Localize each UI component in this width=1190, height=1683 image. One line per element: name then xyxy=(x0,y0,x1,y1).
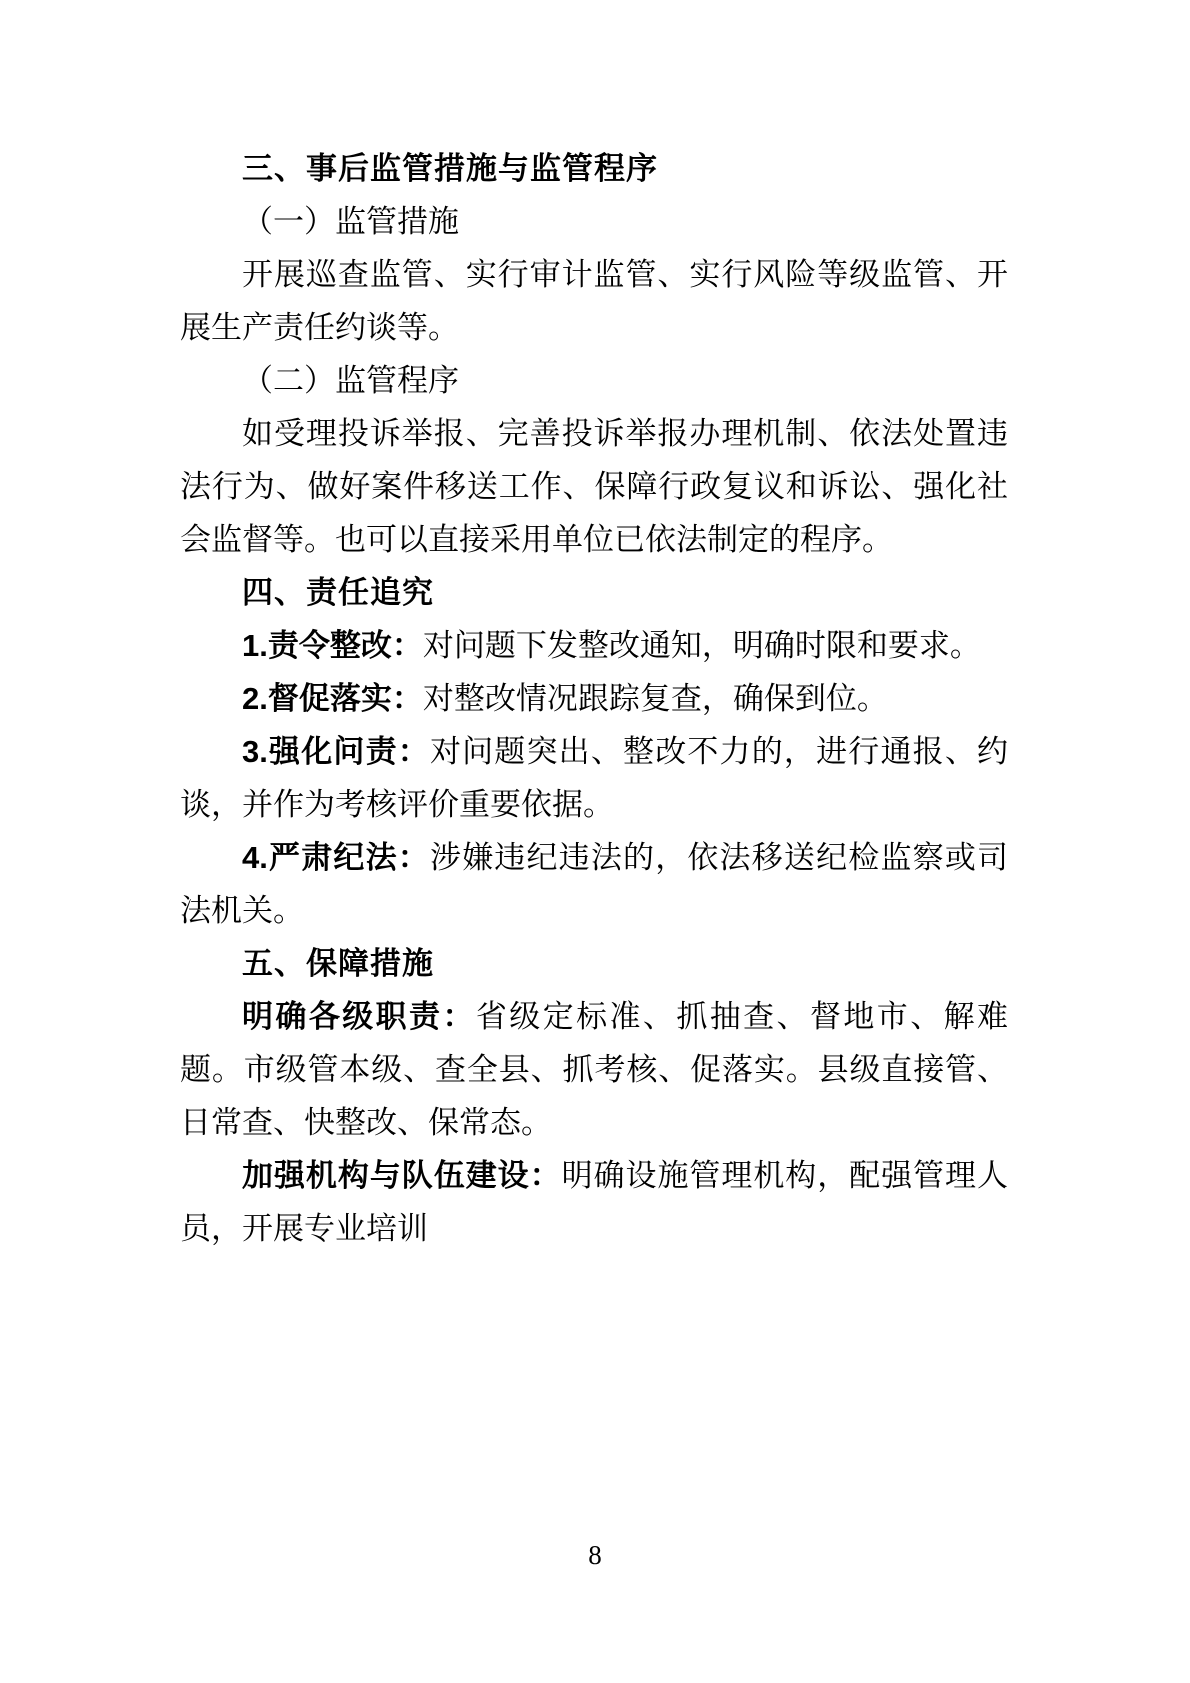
paragraph-team-building: 加强机构与队伍建设：明确设施管理机构，配强管理人员，开展专业培训 xyxy=(180,1149,1008,1255)
item-1-text: 对问题下发整改通知，明确时限和要求。 xyxy=(423,628,981,663)
paragraph-item-2: 2.督促落实：对整改情况跟踪复查，确保到位。 xyxy=(180,672,1008,725)
paragraph-item-4: 4.严肃纪法：涉嫌违纪违法的，依法移送纪检监察或司法机关。 xyxy=(180,831,1008,937)
item-2-text: 对整改情况跟踪复查，确保到位。 xyxy=(423,681,888,716)
page-number: 8 xyxy=(0,1535,1190,1575)
section-heading-4: 四、责任追究 xyxy=(180,566,1008,619)
subsection-heading-3-2: （二）监管程序 xyxy=(180,354,1008,407)
duties-label: 明确各级职责： xyxy=(242,999,476,1034)
paragraph-item-1: 1.责令整改：对问题下发整改通知，明确时限和要求。 xyxy=(180,619,1008,672)
item-1-label: 1.责令整改： xyxy=(242,628,423,663)
paragraph-item-3: 3.强化问责：对问题突出、整改不力的，进行通报、约谈，并作为考核评价重要依据。 xyxy=(180,725,1008,831)
subsection-heading-3-1: （一）监管措施 xyxy=(180,195,1008,248)
item-4-label: 4.严肃纪法： xyxy=(242,840,430,875)
section-heading-5: 五、保障措施 xyxy=(180,937,1008,990)
section-heading-3: 三、事后监管措施与监管程序 xyxy=(180,142,1008,195)
paragraph-duties: 明确各级职责：省级定标准、抓抽查、督地市、解难题。市级管本级、查全县、抓考核、促… xyxy=(180,990,1008,1149)
item-3-label: 3.强化问责： xyxy=(242,734,430,769)
document-body: 三、事后监管措施与监管程序 （一）监管措施 开展巡查监管、实行审计监管、实行风险… xyxy=(180,142,1008,1255)
item-2-label: 2.督促落实： xyxy=(242,681,423,716)
team-building-label: 加强机构与队伍建设： xyxy=(242,1158,562,1193)
paragraph-supervision-procedure: 如受理投诉举报、完善投诉举报办理机制、依法处置违法行为、做好案件移送工作、保障行… xyxy=(180,407,1008,566)
document-page: 三、事后监管措施与监管程序 （一）监管措施 开展巡查监管、实行审计监管、实行风险… xyxy=(0,0,1190,1683)
paragraph-supervision-measures: 开展巡查监管、实行审计监管、实行风险等级监管、开展生产责任约谈等。 xyxy=(180,248,1008,354)
